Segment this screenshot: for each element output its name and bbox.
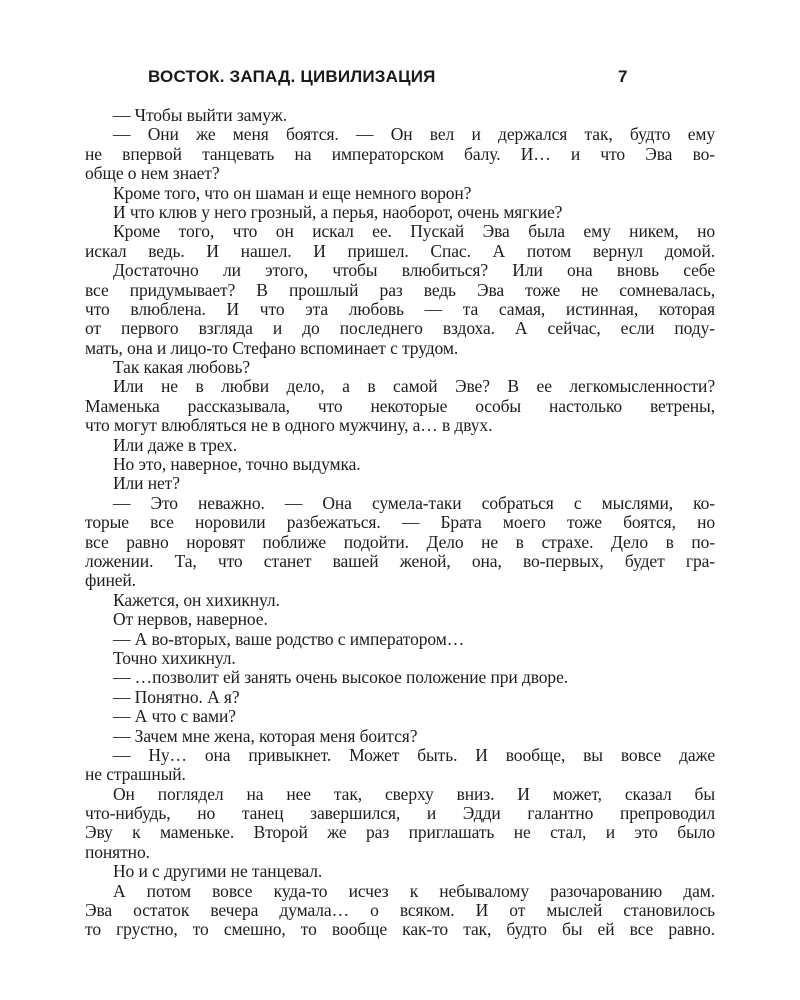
text-line: — А во-вторых, ваше родство с императоро… [85, 630, 715, 649]
paragraph: Так какая любовь? [85, 358, 715, 377]
running-header-title: ВОСТОК. ЗАПАД. ЦИВИЛИЗАЦИЯ [148, 67, 436, 87]
text-line: что-нибудь, но танец завершился, и Эдди … [85, 804, 715, 823]
text-line: от первого взгляда и до последнего вздох… [85, 319, 715, 338]
text-line: не страшный. [85, 765, 715, 784]
paragraph: Он поглядел на нее так, сверху вниз. И м… [85, 785, 715, 863]
text-line: Эву к маменьке. Второй же раз приглашать… [85, 823, 715, 842]
text-line: — А что с вами? [85, 707, 715, 726]
text-line: что могут влюбляться не в одного мужчину… [85, 416, 715, 435]
text-line: все равно норовят поближе подойти. Дело … [85, 533, 715, 552]
paragraph: И что клюв у него грозный, а перья, наоб… [85, 203, 715, 222]
text-line: — Они же меня боятся. — Он вел и держалс… [85, 125, 715, 144]
text-line: — Ну… она привыкнет. Может быть. И вообщ… [85, 746, 715, 765]
text-line: мать, она и лицо-то Стефано вспоминает с… [85, 339, 715, 358]
text-line: искал ведь. И нашел. И пришел. Спас. А п… [85, 242, 715, 261]
paragraph: — Понятно. А я? [85, 688, 715, 707]
text-line: Так какая любовь? [85, 358, 715, 377]
text-line: — Это неважно. — Она сумела-таки собрать… [85, 494, 715, 513]
text-line: финей. [85, 571, 715, 590]
paragraph: Кроме того, что он искал ее. Пускай Эва … [85, 222, 715, 261]
paragraph: — А во-вторых, ваше родство с императоро… [85, 630, 715, 649]
paragraph: Или нет? [85, 474, 715, 493]
paragraph: Кроме того, что он шаман и еще немного в… [85, 184, 715, 203]
paragraph: От нервов, наверное. [85, 610, 715, 629]
paragraph: Или даже в трех. [85, 436, 715, 455]
paragraph: Кажется, он хихикнул. [85, 591, 715, 610]
text-line: Кроме того, что он искал ее. Пускай Эва … [85, 222, 715, 241]
paragraph: — …позволит ей занять очень высокое поло… [85, 668, 715, 687]
text-line: понятно. [85, 843, 715, 862]
text-line: не впервой танцевать на императорском ба… [85, 145, 715, 164]
book-page: ВОСТОК. ЗАПАД. ЦИВИЛИЗАЦИЯ 7 — Чтобы вый… [0, 0, 800, 1000]
paragraph: — Ну… она привыкнет. Может быть. И вообщ… [85, 746, 715, 785]
text-line: то грустно, то смешно, то вообще как-то … [85, 920, 715, 939]
text-line: — Зачем мне жена, которая меня боится? [85, 727, 715, 746]
paragraph: Достаточно ли этого, чтобы влюбиться? Ил… [85, 261, 715, 358]
text-line: — …позволит ей занять очень высокое поло… [85, 668, 715, 687]
paragraph: А потом вовсе куда-то исчез к небывалому… [85, 882, 715, 940]
text-line: И что клюв у него грозный, а перья, наоб… [85, 203, 715, 222]
text-line: ложении. Та, что станет вашей женой, она… [85, 552, 715, 571]
text-line: Достаточно ли этого, чтобы влюбиться? Ил… [85, 261, 715, 280]
text-line: Кроме того, что он шаман и еще немного в… [85, 184, 715, 203]
text-line: Кажется, он хихикнул. [85, 591, 715, 610]
text-line: А потом вовсе куда-то исчез к небывалому… [85, 882, 715, 901]
text-line: торые все норовили разбежаться. — Брата … [85, 513, 715, 532]
paragraph: — Они же меня боятся. — Он вел и держалс… [85, 125, 715, 183]
text-line: Точно хихикнул. [85, 649, 715, 668]
text-line: Но и с другими не танцевал. [85, 862, 715, 881]
text-line: все придумывает? В прошлый раз ведь Эва … [85, 281, 715, 300]
page-number: 7 [618, 67, 627, 87]
text-line: Маменька рассказывала, что некоторые осо… [85, 397, 715, 416]
paragraph: — Зачем мне жена, которая меня боится? [85, 727, 715, 746]
text-line: Эва остаток вечера думала… о всяком. И о… [85, 901, 715, 920]
paragraph: Но это, наверное, точно выдумка. [85, 455, 715, 474]
text-line: Или не в любви дело, а в самой Эве? В ее… [85, 377, 715, 396]
text-line: — Понятно. А я? [85, 688, 715, 707]
paragraph: — Чтобы выйти замуж. [85, 106, 715, 125]
text-line: Он поглядел на нее так, сверху вниз. И м… [85, 785, 715, 804]
paragraph: — А что с вами? [85, 707, 715, 726]
text-line: что влюблена. И что эта любовь — та сама… [85, 300, 715, 319]
text-line: Или даже в трех. [85, 436, 715, 455]
text-line: обще о нем знает? [85, 164, 715, 183]
paragraph: Но и с другими не танцевал. [85, 862, 715, 881]
paragraph: Или не в любви дело, а в самой Эве? В ее… [85, 377, 715, 435]
paragraph: — Это неважно. — Она сумела-таки собрать… [85, 494, 715, 591]
text-line: От нервов, наверное. [85, 610, 715, 629]
page-body: — Чтобы выйти замуж.— Они же меня боятся… [85, 106, 715, 940]
text-line: Или нет? [85, 474, 715, 493]
text-line: — Чтобы выйти замуж. [85, 106, 715, 125]
paragraph: Точно хихикнул. [85, 649, 715, 668]
text-line: Но это, наверное, точно выдумка. [85, 455, 715, 474]
